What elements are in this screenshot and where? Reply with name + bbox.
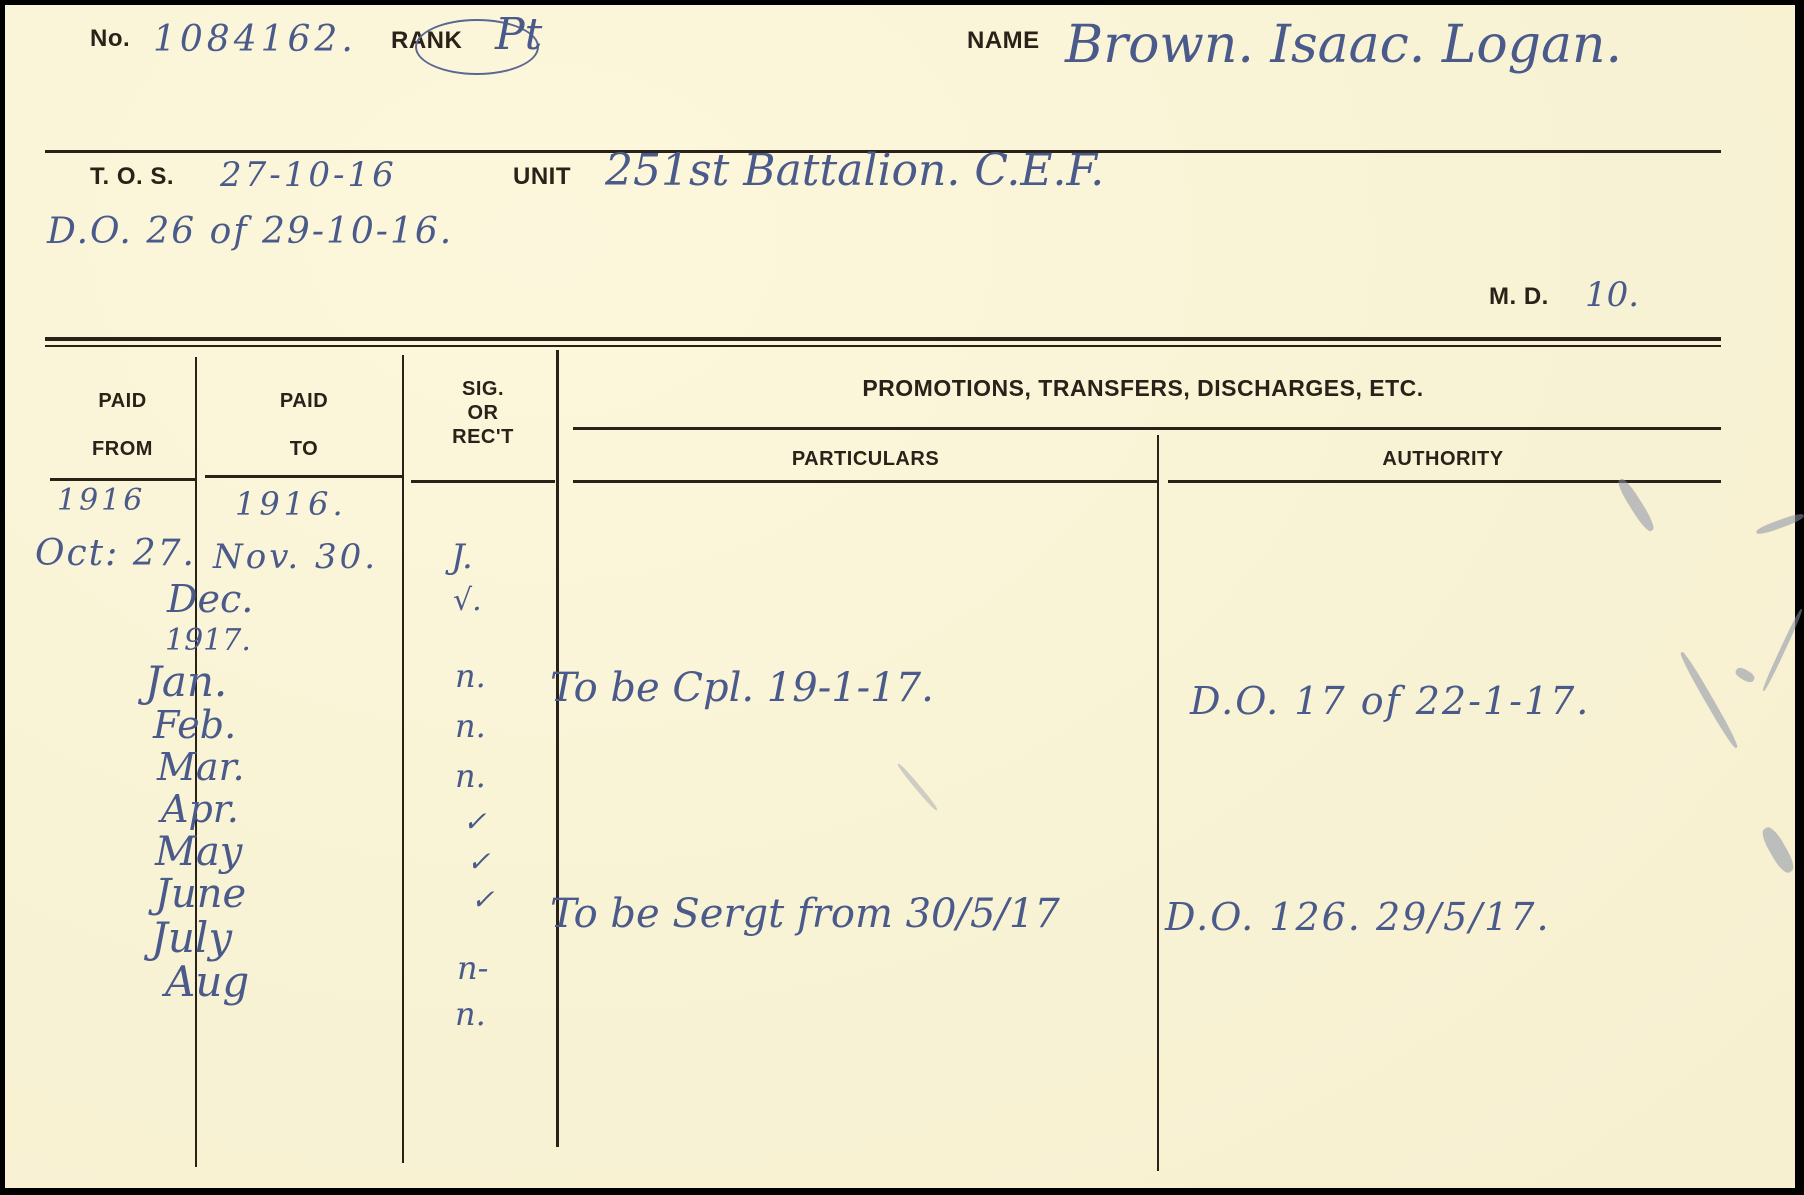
paid-from-july: July <box>151 913 232 962</box>
stain-mark <box>1761 608 1804 692</box>
md-value: 10. <box>1585 275 1639 315</box>
col-divider-3 <box>556 350 559 1147</box>
stain-mark <box>1755 512 1804 537</box>
sig-line1: SIG. <box>409 377 557 401</box>
tos-label: T. O. S. <box>90 163 174 191</box>
particulars-underline <box>573 480 1157 483</box>
paid-from-apr: Apr. <box>161 787 239 831</box>
service-number: 1084162. <box>153 19 357 60</box>
sig-entry: n- <box>457 949 488 987</box>
paid-from-line2: FROM <box>50 425 195 473</box>
paid-to-line1: PAID <box>205 377 403 425</box>
col-header-paid-from: PAID FROM <box>50 377 195 473</box>
paid-from-year-1917: 1917. <box>165 623 251 658</box>
authority-entry-sergt: D.O. 126. 29/5/17. <box>1165 895 1551 939</box>
sig-entry: ✓ <box>471 883 494 916</box>
sig-underline <box>411 480 555 483</box>
paid-from-may: May <box>155 829 242 875</box>
daily-order-ref: D.O. 26 of 29-10-16. <box>47 211 453 252</box>
paid-from-june: June <box>155 871 246 917</box>
paid-from-underline <box>50 478 195 481</box>
particulars-entry-sergt: To be Sergt from 30/5/17 <box>550 891 1060 937</box>
sig-line2: OR <box>409 401 557 425</box>
paid-from-aug: Aug <box>165 957 249 1006</box>
paid-from-feb: Feb. <box>153 703 236 747</box>
col-header-sig: SIG. OR REC'T <box>409 377 557 449</box>
particulars-entry-cpl: To be Cpl. 19-1-17. <box>550 665 934 711</box>
sig-entry: ✓ <box>467 845 490 878</box>
paid-to-underline <box>205 475 403 478</box>
tos-date: 27-10-16 <box>220 155 397 195</box>
col-header-promotions: PROMOTIONS, TRANSFERS, DISCHARGES, ETC. <box>565 375 1721 402</box>
service-record-card: No. 1084162. RANK Pt NAME Brown. Isaac. … <box>5 5 1795 1188</box>
no-label: No. <box>90 25 130 53</box>
unit-label: UNIT <box>513 163 571 191</box>
sig-entry: ✓ <box>463 805 486 838</box>
paid-from-oct27: Oct: 27. <box>35 533 196 574</box>
col-divider-4 <box>1157 435 1159 1171</box>
paid-from-line1: PAID <box>50 377 195 425</box>
sig-line3: REC'T <box>409 425 557 449</box>
col-divider-2 <box>402 355 404 1163</box>
pencil-mark <box>896 762 938 811</box>
paid-to-year-1916: 1916. <box>235 485 347 523</box>
sig-entry: √. <box>453 583 482 618</box>
unit-value: 251st Battalion. C.E.F. <box>605 145 1104 196</box>
md-label: M. D. <box>1489 283 1549 311</box>
stain-mark <box>1615 476 1657 533</box>
table-top-rule-2 <box>45 345 1721 347</box>
col-header-authority: AUTHORITY <box>1165 448 1721 471</box>
name-label: NAME <box>967 27 1040 55</box>
authority-underline <box>1168 480 1721 483</box>
stain-mark <box>1759 824 1798 875</box>
col-header-particulars: PARTICULARS <box>573 448 1158 471</box>
sig-entry: J. <box>451 537 473 577</box>
paid-from-dec: Dec. <box>167 577 253 621</box>
sig-entry: n. <box>455 995 486 1033</box>
paid-from-year-1916: 1916 <box>57 483 145 518</box>
paid-from-jan: Jan. <box>145 657 227 706</box>
stain-mark <box>1678 650 1740 749</box>
paid-to-nov30: Nov. 30. <box>213 537 378 577</box>
sig-entry: n. <box>455 757 486 795</box>
col-header-paid-to: PAID TO <box>205 377 403 473</box>
stain-mark <box>1734 666 1756 685</box>
paid-from-mar: Mar. <box>157 745 245 789</box>
sig-entry: n. <box>455 657 486 695</box>
table-top-rule-1 <box>45 337 1721 341</box>
sig-entry: n. <box>455 707 486 745</box>
promotions-subrule <box>573 427 1721 430</box>
paid-to-line2: TO <box>205 425 403 473</box>
authority-entry-cpl: D.O. 17 of 22-1-17. <box>1190 679 1590 723</box>
soldier-name: Brown. Isaac. Logan. <box>1065 15 1622 75</box>
rank-value: Pt <box>495 9 542 60</box>
